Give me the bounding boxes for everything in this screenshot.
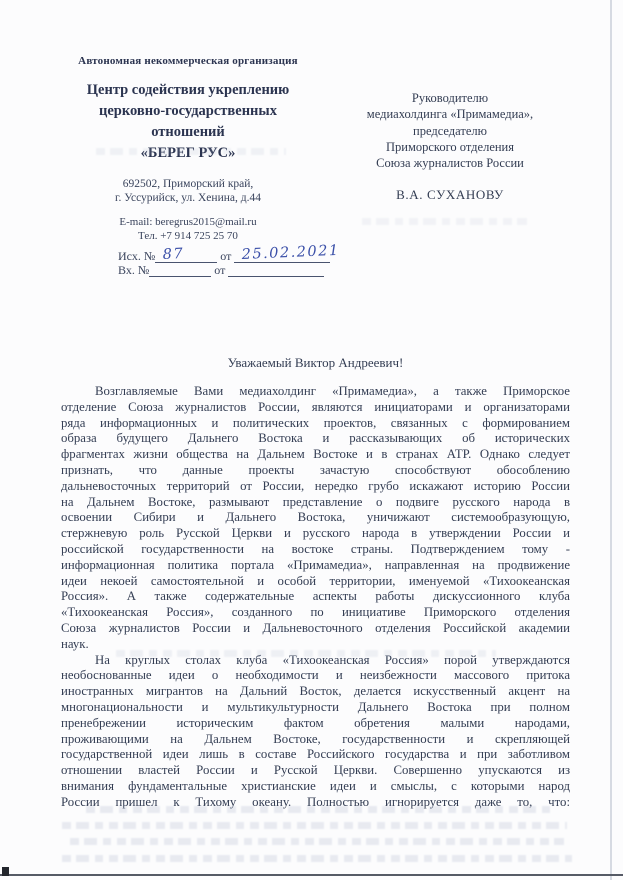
org-address-line: 692502, Приморский край, [40, 177, 336, 191]
bleedthrough-line [96, 148, 286, 155]
paragraph-2: На круглых столах клуба «Тихоокеанская Р… [61, 653, 570, 811]
body-text-line: отношении властей России и Русской Церкв… [61, 763, 570, 779]
body-text-line: «Тихоокеанская Россия», созданного по ин… [61, 605, 570, 621]
outgoing-number-blank: 87 [155, 250, 217, 263]
body-text-line: освоении Сибири и Дальнего Востока, унич… [61, 510, 570, 526]
scanned-letter-page: Автономная некоммерческая организация Це… [0, 0, 623, 880]
body-text-line: на Дальнем Востоке, размывают представле… [61, 495, 570, 511]
bleedthrough-line [116, 650, 496, 657]
recipient-line: Руководителю [334, 90, 566, 106]
body-text-line: пренебрежении историческим фактом обрете… [61, 716, 570, 732]
body-text-line: государственной идеи лишь в составе Росс… [61, 747, 570, 763]
body-text-line: идеи некоей самостоятельной и особой тер… [61, 574, 570, 590]
body-text-line: необоснованные идеи о необходимости и не… [61, 668, 570, 684]
recipient-name: В.А. СУХАНОВУ [334, 187, 566, 203]
recipient-line: Приморского отделения [334, 139, 566, 155]
incoming-number-blank [149, 264, 211, 277]
outgoing-ref-label: Исх. № [118, 249, 155, 263]
bleedthrough-line [362, 218, 527, 225]
org-address: 692502, Приморский край,г. Уссурийск, ул… [40, 177, 336, 205]
bleedthrough-line [70, 838, 564, 845]
body-text-line: Союза журналистов России и Дальневосточн… [61, 621, 570, 637]
org-name-line: церковно-государственных [40, 101, 336, 122]
bleedthrough-line [62, 822, 567, 829]
handwritten-outgoing-date: 25.02.2021 [242, 244, 341, 262]
recipient-line: медиахолдинга «Примамедиа», [334, 106, 566, 122]
incoming-date-blank [228, 264, 324, 277]
org-contact: E-mail: beregrus2015@mail.ru Тел. +7 914… [40, 216, 336, 243]
recipient-line: Союза журналистов России [334, 155, 566, 171]
body-text-line: Возглавляемые Вами медиахолдинг «Примаме… [61, 384, 570, 400]
body-text-line: многонациональности и мультикультурности… [61, 700, 570, 716]
org-phone: Тел. +7 914 725 25 70 [40, 230, 336, 244]
body-text-line: российской государственности на востоке … [61, 542, 570, 558]
body-text-line: образа будущего Дальнего Востока и расск… [61, 431, 570, 447]
org-type-line: Автономная некоммерческая организация [40, 55, 336, 67]
body-text-line: фрагментах жизни общества на Дальнем Вос… [61, 447, 570, 463]
org-address-line: г. Уссурийск, ул. Хенина, д.44 [40, 191, 336, 205]
body-text-line: проживающими на Дальнем Востоке, государ… [61, 732, 570, 748]
body-text-line: признать, что данные проекты зачастую сп… [61, 463, 570, 479]
scan-edge-shadow [610, 0, 612, 880]
recipient-block: Руководителюмедиахолдинга «Примамедиа»,п… [334, 90, 566, 204]
handwritten-outgoing-number: 87 [163, 247, 185, 262]
body-text-line: информационная политика портала «Примаме… [61, 558, 570, 574]
recipient-line: председателю [334, 123, 566, 139]
paragraph-1: Возглавляемые Вами медиахолдинг «Примаме… [61, 384, 570, 653]
bleedthrough-line [62, 855, 572, 862]
org-name-line: Центр содействия укреплению [40, 80, 336, 101]
incoming-ref-label: Вх. № [118, 263, 149, 277]
body-text-line: отделение Союза журналистов России, явля… [61, 400, 570, 416]
salutation: Уважаемый Виктор Андреевич! [61, 355, 570, 371]
body-text-line: внимания фундаментальные христианские ид… [61, 779, 570, 795]
bleedthrough-line [86, 806, 554, 813]
body-text-line: иностранных мигрантов на Дальний Восток,… [61, 684, 570, 700]
body-text-line: Россия». А также содержательные аспекты … [61, 589, 570, 605]
scan-bottom-edge [0, 874, 623, 876]
incoming-ref-row: Вх. № от [118, 263, 330, 277]
outgoing-ref-row: Исх. №87 от 25.02.2021 [118, 249, 330, 263]
letter-body: Возглавляемые Вами медиахолдинг «Примаме… [61, 384, 570, 811]
scan-bottom-artifact [2, 867, 9, 876]
body-text-line: дальневосточных территорий от России, не… [61, 479, 570, 495]
reference-numbers-block: Исх. №87 от 25.02.2021 Вх. № от [118, 249, 330, 277]
org-name-line: отношений [40, 122, 336, 143]
outgoing-date-blank: 25.02.2021 [234, 250, 330, 263]
org-email: E-mail: beregrus2015@mail.ru [40, 216, 336, 230]
body-text-line: стержневую роль Русской Церкви и русског… [61, 526, 570, 542]
outgoing-from-label: от [220, 249, 231, 263]
body-text-line: ряда информационных и политических проек… [61, 416, 570, 432]
recipient-lines: Руководителюмедиахолдинга «Примамедиа»,п… [334, 90, 566, 171]
incoming-from-label: от [214, 263, 225, 277]
